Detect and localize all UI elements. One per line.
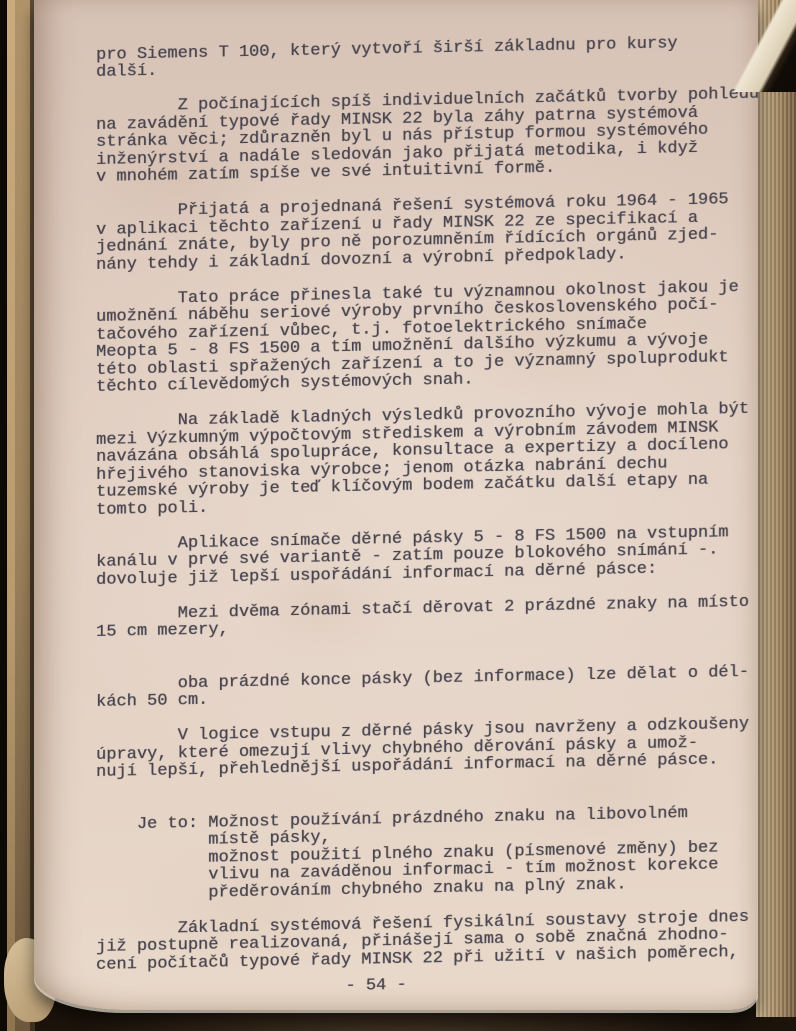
paragraph: Základní systémová řešení fysikální sous… (96, 908, 758, 974)
paragraph: Přijatá a projednaná řešení systémová ro… (96, 191, 758, 274)
paragraph: pro Siemens T 100, který vytvoří širší z… (96, 33, 758, 81)
paragraph: Z počínajících spíš individuelních začát… (96, 86, 758, 187)
paragraph: Aplikace snímače děrné pásky 5 - 8 FS 15… (96, 523, 758, 589)
paragraph: Na základě kladných výsledků provozního … (96, 401, 758, 519)
page-corner-edge (734, 0, 796, 92)
paragraph: Mezi dvěma zónami stačí děrovat 2 prázdn… (96, 593, 758, 641)
page-number: - 54 - (96, 970, 758, 1001)
book-spine-strip (0, 0, 7, 1031)
paragraph: Tato práce přinesla také tu významnou ok… (96, 278, 758, 396)
paragraph: V logice vstupu z děrné pásky jsou navrž… (96, 716, 758, 782)
document-text: pro Siemens T 100, který vytvoří širší z… (96, 0, 758, 1010)
book-page-photo: pro Siemens T 100, který vytvoří širší z… (0, 0, 796, 1031)
binding-edge-light (7, 0, 15, 1031)
paragraph: oba prázdné konce pásky (bez informace) … (96, 663, 758, 711)
paragraph: Je to: Možnost používání prázdného znaku… (96, 803, 758, 904)
paper-page: pro Siemens T 100, který vytvoří širší z… (34, 0, 758, 1010)
stacked-page-edges (756, 0, 796, 1017)
binding-edge-dark (15, 0, 30, 1031)
